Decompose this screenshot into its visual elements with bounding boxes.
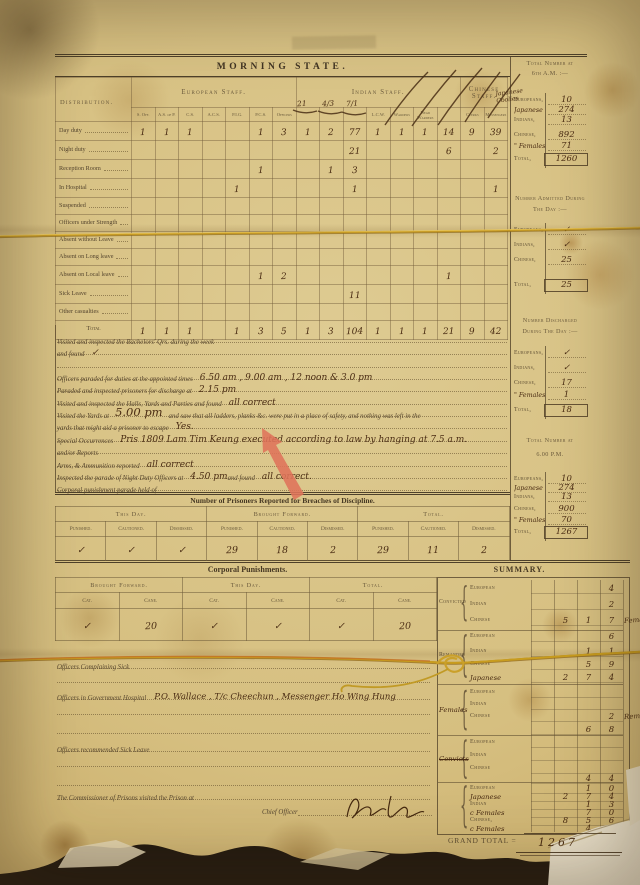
staff-cell [249, 249, 273, 266]
sub-header: Punished. [207, 522, 257, 537]
staff-cell [437, 285, 461, 304]
summary-margin-note: Females [624, 615, 640, 625]
panel-value-rule [548, 387, 586, 388]
staff-cell [155, 232, 179, 249]
summary-digit: 1 [577, 647, 600, 657]
staff-cell [461, 232, 485, 249]
inspection-line: Corporal punishment parade held of [57, 479, 507, 491]
staff-column-header: L.C.W. [367, 108, 391, 122]
staff-cell [343, 304, 367, 321]
panel-value-rule [548, 501, 586, 502]
staff-cell [390, 141, 414, 160]
staff-cell [132, 266, 156, 285]
value-cell: ✓ [106, 537, 156, 561]
value-cell: 20 [119, 609, 183, 641]
panel-value-rule [548, 150, 586, 151]
chief-officer-line: Chief Officer [262, 806, 432, 816]
staff-cell [226, 198, 250, 215]
summary-margin-note: Remands [624, 711, 640, 721]
panel-value-rule [548, 249, 586, 250]
staff-cell: 6 [437, 141, 461, 160]
summary-category-label: Japanese [470, 793, 528, 801]
handwritten-figure-above-column: 7/1 [346, 99, 359, 109]
panel-row-label: Indians, [514, 365, 545, 371]
summary-digit: 7 [577, 673, 600, 683]
panel-row-label: Europeans, [514, 476, 545, 482]
staff-column-header: Head Warders [414, 108, 438, 122]
staff-cell: 1 [226, 179, 250, 198]
staff-cell [414, 285, 438, 304]
staff-cell [461, 285, 485, 304]
staff-cell: 1 [343, 179, 367, 198]
staff-cell [461, 198, 485, 215]
summary-digit: 6 [577, 725, 600, 735]
summary-table: European4Indian2Chinese517FemalesEuropea… [437, 577, 630, 835]
panel-row-value: 18 [546, 405, 587, 415]
staff-cell [414, 249, 438, 266]
staff-cell: 1 [484, 179, 508, 198]
staff-cell [343, 266, 367, 285]
staff-cell [179, 215, 203, 232]
staff-cell: 2 [320, 122, 344, 141]
staff-cell [226, 160, 250, 179]
distribution-header: Distribution. [56, 78, 132, 122]
panel-value-rule [548, 139, 586, 140]
staff-cell [226, 232, 250, 249]
staff-cell [132, 249, 156, 266]
staff-cell [414, 232, 438, 249]
group-header: Total. [310, 578, 437, 593]
sub-header: Cautioned. [106, 522, 156, 537]
bottom-line [57, 754, 430, 767]
grand-total-underline [516, 852, 622, 853]
sub-header: Cat. [56, 593, 120, 609]
panel-row-label: Chinese, [514, 257, 545, 263]
panel-value-rule [548, 124, 586, 125]
value-cell: 11 [408, 537, 458, 561]
staff-table-grid: Distribution.European Staff.Indian Staff… [55, 77, 508, 340]
staff-cell [343, 215, 367, 232]
summary-cell-line [531, 697, 623, 698]
summary-digit: 4 [600, 584, 623, 594]
summary-digit: 7 [600, 616, 623, 626]
staff-cell [179, 266, 203, 285]
staff-cell [461, 141, 485, 160]
value-cell: ✓ [56, 537, 106, 561]
staff-cell: 1 [179, 122, 203, 141]
value-cell: ✓ [156, 537, 206, 561]
summary-digit: 4 [600, 673, 623, 683]
bottom-line [57, 721, 430, 734]
staff-cell [296, 304, 320, 321]
staff-cell [155, 249, 179, 266]
staff-cell [155, 285, 179, 304]
staff-cell [461, 266, 485, 285]
inspection-line: Officers paraded for duties at the appoi… [57, 368, 507, 380]
staff-cell [179, 249, 203, 266]
summary-category-label: Chinese [470, 661, 528, 667]
panel-row-label: Total, [514, 407, 545, 413]
panel-block-title: Number Discharged [511, 317, 589, 324]
staff-cell [414, 160, 438, 179]
staff-cell [414, 141, 438, 160]
panel-value-rule [548, 513, 586, 514]
value-cell: ✓ [310, 609, 374, 641]
summary-digit: 9 [600, 660, 623, 670]
staff-cell: 3 [273, 122, 297, 141]
staff-cell [179, 285, 203, 304]
staff-cell [273, 179, 297, 198]
staff-cell [367, 285, 391, 304]
summary-group-label: Remanded [439, 652, 469, 658]
page-title: MORNING STATE. [55, 57, 510, 77]
staff-cell [202, 266, 226, 285]
staff-cell [414, 198, 438, 215]
staff-cell: 77 [343, 122, 367, 141]
staff-column-header [320, 108, 344, 122]
staff-group-header: Indian Staff. [296, 78, 461, 108]
summary-category-label: Indian [470, 752, 528, 758]
staff-cell [179, 198, 203, 215]
inspection-line: Visited the Yards at5.00 pmand saw that … [57, 405, 507, 417]
breaches-title: Number of Prisoners Reported for Breache… [55, 496, 510, 505]
panel-row-label: " Females [514, 517, 545, 524]
staff-cell [296, 215, 320, 232]
staff-column-header: C.S. [179, 108, 203, 122]
staff-cell [249, 215, 273, 232]
staff-cell: 1 [367, 122, 391, 141]
staff-cell [367, 304, 391, 321]
panel-row-label: Chinese, [514, 380, 545, 386]
staff-cell: 1 [249, 122, 273, 141]
bottom-line: Officers Complaining Sick [57, 656, 430, 669]
sub-header: Cane. [373, 593, 437, 609]
staff-cell [273, 249, 297, 266]
staff-cell [155, 179, 179, 198]
staff-row-label: Absent on Local leave [56, 266, 132, 285]
panel-value-rule [548, 357, 586, 358]
staff-cell [296, 266, 320, 285]
staff-column-header: P.C.S. [249, 108, 273, 122]
staff-cell [226, 285, 250, 304]
value-cell: 29 [207, 537, 257, 561]
staff-row-label: Night duty [56, 141, 132, 160]
corporal-table-grid: Brought Forward.This Day.Total.Cat.Cane.… [55, 577, 437, 641]
staff-cell [320, 304, 344, 321]
panel-value-rule [548, 264, 586, 265]
panel-row-value: 1260 [546, 154, 587, 164]
panel-block-title: Total Number at [511, 437, 589, 444]
staff-cell [202, 160, 226, 179]
staff-cell [249, 141, 273, 160]
summary-category-label: Chinese [470, 617, 528, 623]
staff-cell [461, 249, 485, 266]
staff-cell [296, 198, 320, 215]
staff-cell [461, 160, 485, 179]
grand-total-label: GRAND TOTAL = [448, 836, 516, 845]
staff-cell [390, 179, 414, 198]
staff-column-header: A.C.S. [202, 108, 226, 122]
group-header: This Day. [183, 578, 310, 593]
corporal-title: Corporal Punishments. [55, 565, 440, 574]
summary-category-label: Chinese, [470, 817, 528, 823]
staff-cell [437, 179, 461, 198]
staff-cell [320, 266, 344, 285]
summary-digit: 5 [554, 616, 577, 626]
staff-cell [226, 304, 250, 321]
staff-cell [273, 198, 297, 215]
staff-row-label: Absent without Leave [56, 232, 132, 249]
staff-cell [367, 215, 391, 232]
staff-cell [296, 160, 320, 179]
staff-cell [343, 232, 367, 249]
panel-block-title: Number Admitted During [511, 195, 589, 202]
staff-cell [320, 141, 344, 160]
staff-cell [273, 160, 297, 179]
summary-category-label: European [470, 689, 528, 695]
staff-cell [367, 232, 391, 249]
staff-cell [273, 304, 297, 321]
staff-cell [320, 249, 344, 266]
staff-cell [226, 249, 250, 266]
right-totals-panel: Total Number at6th A.M. :—Europeans,10Ja… [510, 57, 588, 560]
staff-cell [179, 141, 203, 160]
panel-row-value: 25 [546, 280, 587, 290]
staff-cell [249, 285, 273, 304]
staff-cell [273, 215, 297, 232]
value-cell: ✓ [56, 609, 120, 641]
staff-cell [132, 232, 156, 249]
staff-cell: 14 [437, 122, 461, 141]
staff-cell [320, 285, 344, 304]
panel-value-rule [548, 234, 586, 235]
staff-column-header: Messengers [484, 108, 508, 122]
scanned-morning-state-form: MORNING STATE. Distribution.European Sta… [0, 0, 640, 885]
panel-row-label: " Females [514, 143, 545, 150]
staff-cell [367, 249, 391, 266]
panel-block-title: Total Number at [511, 60, 589, 67]
staff-cell: 11 [343, 285, 367, 304]
staff-cell [390, 198, 414, 215]
summary-category-label: Indian [470, 601, 528, 607]
staff-cell [367, 198, 391, 215]
corporal-table: Brought Forward.This Day.Total.Cat.Cane.… [55, 577, 437, 641]
summary-group-label: Convicts [439, 755, 469, 763]
staff-cell [484, 198, 508, 215]
staff-cell [179, 304, 203, 321]
summary-title: SUMMARY. [437, 565, 602, 574]
grand-total-overline [524, 833, 616, 834]
summary-category-label: European [470, 585, 528, 591]
staff-cell [226, 215, 250, 232]
staff-cell [132, 304, 156, 321]
staff-cell [437, 249, 461, 266]
panel-row-label: Indians, [514, 494, 545, 500]
group-header: Brought Forward. [207, 507, 358, 522]
staff-distribution-table: Distribution.European Staff.Indian Staff… [55, 77, 508, 340]
staff-cell [249, 304, 273, 321]
printed-text: Officers in Government Hospital [57, 695, 146, 702]
inspection-line: Paraded and inspected prisoners for disc… [57, 380, 507, 392]
bottom-line: Officers in Government HospitalP.O. Wall… [57, 687, 430, 700]
inspection-line: Visited and inspected the Halls, Yards a… [57, 393, 507, 405]
summary-category-label: European [470, 739, 528, 745]
staff-cell [437, 198, 461, 215]
staff-cell [461, 215, 485, 232]
staff-cell [320, 232, 344, 249]
summary-grid-vline [531, 580, 532, 832]
staff-column-header: A.S. of P. [155, 108, 179, 122]
staff-cell [273, 232, 297, 249]
inspection-line: and/or Reports [57, 442, 507, 454]
staff-cell [296, 249, 320, 266]
grand-total-value: 1267 [538, 836, 578, 849]
sub-header: Cat. [183, 593, 247, 609]
staff-row-label: Day duty [56, 122, 132, 141]
summary-group-brace: { [460, 782, 468, 836]
chief-officer-signature-rule [298, 806, 432, 816]
summary-category-label: Indian [470, 801, 528, 807]
staff-cell [484, 285, 508, 304]
sub-header: Dismissed. [459, 522, 509, 537]
panel-row-label: Indians, [514, 242, 545, 248]
staff-cell [484, 266, 508, 285]
staff-cell [461, 304, 485, 321]
staff-cell [484, 160, 508, 179]
staff-column-header: S. Off. [132, 108, 156, 122]
panel-row-label: Total, [514, 156, 545, 162]
inspection-line: Inspected the parade of Night Duty Offic… [57, 467, 507, 479]
staff-cell [437, 232, 461, 249]
summary-category-label: Japanese [470, 674, 528, 682]
chief-officer-label: Chief Officer [262, 809, 298, 816]
staff-cell: 1 [249, 160, 273, 179]
staff-cell [367, 179, 391, 198]
sub-header: Cane. [119, 593, 183, 609]
group-header: Brought Forward. [56, 578, 183, 593]
handwritten-figure-above-column: 4/3 [322, 99, 335, 109]
staff-cell [296, 141, 320, 160]
staff-cell [179, 160, 203, 179]
staff-cell [367, 160, 391, 179]
summary-category-label: European [470, 785, 528, 791]
staff-cell [414, 215, 438, 232]
staff-row-label: Absent on Long leave [56, 249, 132, 266]
staff-cell [132, 215, 156, 232]
summary-category-label: c Females [470, 809, 528, 817]
staff-column-header [296, 108, 320, 122]
value-cell: 2 [307, 537, 357, 561]
staff-cell [437, 304, 461, 321]
staff-cell [132, 285, 156, 304]
summary-category-label: Chinese [470, 713, 528, 719]
staff-cell: 39 [484, 122, 508, 141]
panel-block-title: 6th A.M. :— [511, 70, 589, 77]
staff-cell [202, 285, 226, 304]
inspection-line [57, 356, 507, 368]
staff-cell [155, 304, 179, 321]
bottom-line [57, 670, 430, 683]
value-cell: ✓ [246, 609, 310, 641]
group-header: This Day. [56, 507, 207, 522]
staff-cell [155, 160, 179, 179]
staff-cell [296, 232, 320, 249]
staff-cell: 1 [296, 122, 320, 141]
summary-digit: 8 [554, 816, 577, 826]
staff-cell [390, 266, 414, 285]
value-cell: 29 [358, 537, 408, 561]
staff-cell: 1 [249, 266, 273, 285]
summary-digit: 4 [577, 774, 600, 784]
staff-cell: 1 [155, 122, 179, 141]
summary-category-label: Indian [470, 648, 528, 654]
staff-cell: 9 [461, 122, 485, 141]
staff-cell [226, 141, 250, 160]
summary-group-label: Females [439, 706, 469, 714]
printed-text: Corporal punishment parade held of [57, 487, 157, 494]
summary-digit: 6 [600, 632, 623, 642]
staff-cell [179, 232, 203, 249]
staff-row-label: Sick Leave [56, 285, 132, 304]
panel-row-label: Indians, [514, 117, 545, 123]
staff-cell [484, 304, 508, 321]
staff-column-header: Warders [390, 108, 414, 122]
summary-category-label: Chinese [470, 765, 528, 771]
bottom-line: Officers recommended Sick Leave [57, 739, 430, 752]
staff-cell [155, 215, 179, 232]
staff-cell [179, 179, 203, 198]
summary-digit: 1 [577, 616, 600, 626]
staff-cell [343, 198, 367, 215]
staff-cell: 2 [484, 141, 508, 160]
staff-cell [320, 179, 344, 198]
staff-row-label: Other casualties [56, 304, 132, 321]
staff-cell [437, 215, 461, 232]
panel-row-label: Japanese [514, 485, 545, 492]
staff-cell [249, 179, 273, 198]
panel-block-title: 6.00 P.M. [511, 451, 589, 458]
summary-cell-line [531, 709, 623, 710]
value-cell: 2 [459, 537, 509, 561]
value-cell: ✓ [183, 609, 247, 641]
staff-column-header [437, 108, 461, 122]
staff-cell [437, 160, 461, 179]
panel-row-label: Total, [514, 282, 545, 288]
panel-block-title: During The Day :— [511, 328, 589, 335]
staff-cell [273, 141, 297, 160]
faint-stamp-mark [292, 35, 376, 49]
staff-cell [202, 179, 226, 198]
staff-column-header: P.I.G. [226, 108, 250, 122]
bottom-line: The Commissioner of Prisons visited the … [57, 787, 430, 800]
staff-cell [414, 179, 438, 198]
panel-row-label: Europeans, [514, 350, 545, 356]
inspection-lines: Visited and inspected the Bachelors' Qrs… [57, 331, 507, 493]
panel-row-label: Japanese [514, 107, 545, 114]
staff-cell [202, 215, 226, 232]
sub-header: Punished. [56, 522, 106, 537]
staff-cell: 3 [343, 160, 367, 179]
panel-value-rule [548, 524, 586, 525]
staff-cell [390, 249, 414, 266]
summary-cell-line [531, 760, 623, 761]
panel-row-label: " Females [514, 392, 545, 399]
staff-cell [484, 249, 508, 266]
sub-header: Cane. [246, 593, 310, 609]
staff-cell [367, 141, 391, 160]
staff-cell [132, 141, 156, 160]
staff-cell [390, 215, 414, 232]
